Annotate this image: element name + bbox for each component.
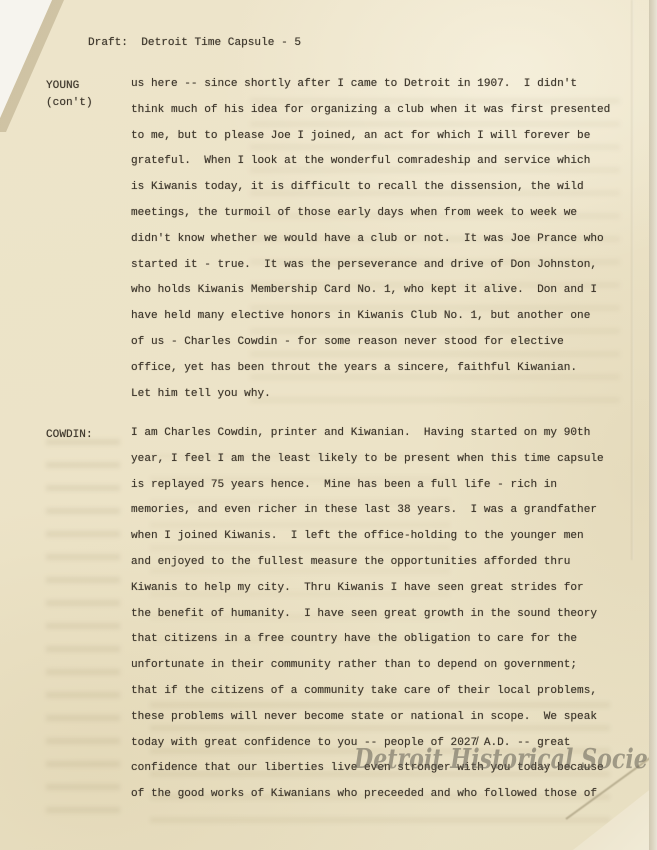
draft-header: Draft: Detroit Time Capsule - 5 [88, 37, 301, 49]
typescript-line: unfortunate in their community rather th… [131, 653, 604, 679]
typescript-line: to me, but to please Joe I joined, an ac… [131, 124, 610, 150]
typescript-line: of the good works of Kiwanians who prece… [131, 782, 604, 808]
typescript-line: that citizens in a free country have the… [131, 627, 604, 653]
typescript-line: of us - Charles Cowdin - for some reason… [131, 330, 610, 356]
typescript-line: is Kiwanis today, it is difficult to rec… [131, 175, 610, 201]
typescript-line: think much of his idea for organizing a … [131, 98, 610, 124]
typescript-line: Let him tell you why. [131, 382, 610, 408]
typescript-line: I am Charles Cowdin, printer and Kiwania… [131, 421, 604, 447]
typescript-line: who holds Kiwanis Membership Card No. 1,… [131, 278, 610, 304]
watermark: Detroit Historical Society [354, 744, 657, 775]
typescript-line: when I joined Kiwanis. I left the office… [131, 524, 604, 550]
speech-paragraph: us here -- since shortly after I came to… [131, 72, 610, 407]
typescript-line: and enjoyed to the fullest measure the o… [131, 550, 604, 576]
typescript-line: us here -- since shortly after I came to… [131, 72, 610, 98]
typescript-line: year, I feel I am the least likely to be… [131, 447, 604, 473]
typescript-line: Kiwanis to help my city. Thru Kiwanis I … [131, 576, 604, 602]
typescript-line: these problems will never become state o… [131, 705, 604, 731]
typescript-line: grateful. When I look at the wonderful c… [131, 149, 610, 175]
typescript-line: that if the citizens of a community take… [131, 679, 604, 705]
typescript-line: didn't know whether we would have a club… [131, 227, 610, 253]
typescript-line: have held many elective honors in Kiwani… [131, 304, 610, 330]
typescript-line: memories, and even richer in these last … [131, 498, 604, 524]
typescript-line: is replayed 75 years hence. Mine has bee… [131, 473, 604, 499]
speaker-label: COWDIN: [46, 427, 93, 444]
speaker-label: YOUNG (con't) [46, 78, 93, 111]
document-paper: Draft: Detroit Time Capsule - 5 YOUNG (c… [0, 0, 657, 850]
typescript-line: the benefit of humanity. I have seen gre… [131, 602, 604, 628]
scanned-page: Draft: Detroit Time Capsule - 5 YOUNG (c… [0, 0, 657, 850]
typescript-line: meetings, the turmoil of those early day… [131, 201, 610, 227]
typescript-line: started it - true. It was the perseveran… [131, 253, 610, 279]
bleedthrough-smudge [46, 430, 120, 830]
typescript-line: office, yet has been throut the years a … [131, 356, 610, 382]
vertical-crease [631, 0, 634, 560]
